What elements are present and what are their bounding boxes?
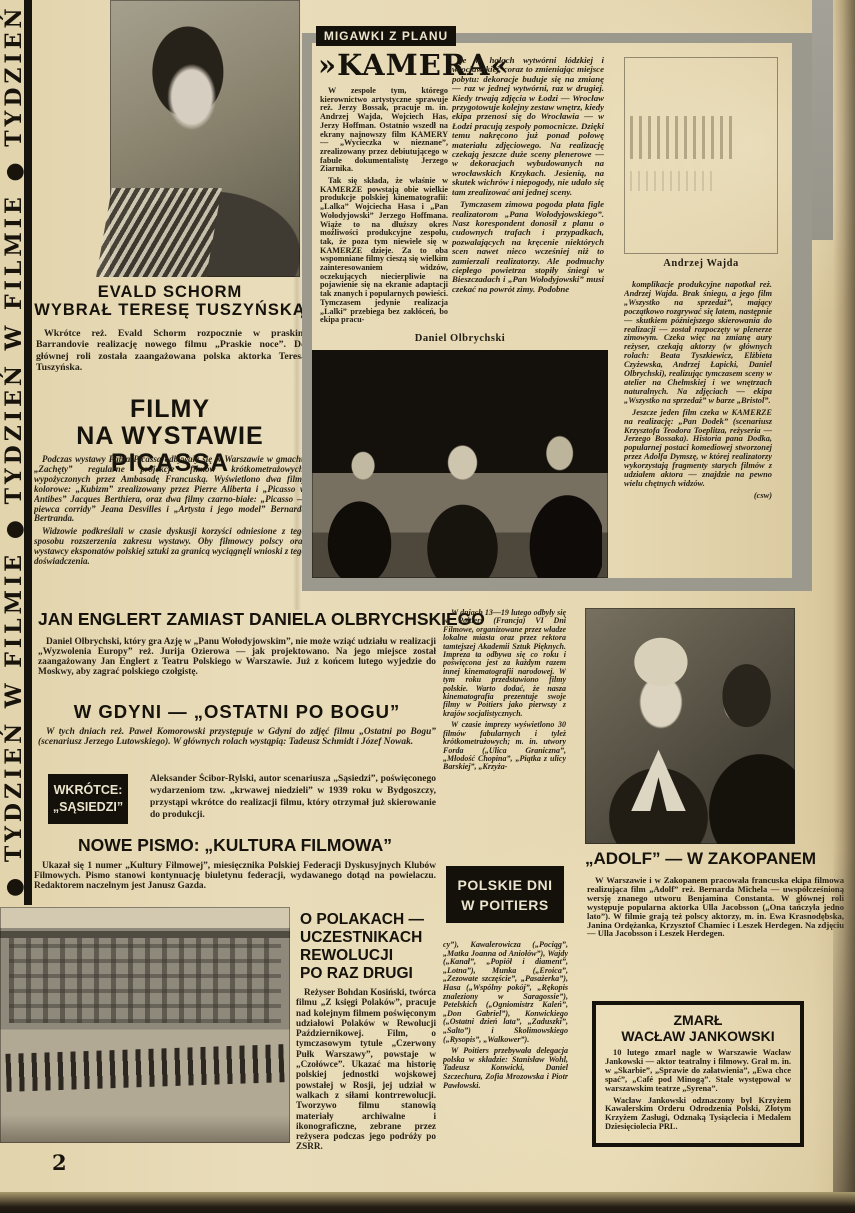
picasso-paragraph-2: Widzowie podkreślali w czasie dyskusji k…	[34, 527, 306, 567]
evald-title-line2: WYBRAŁ TERESĘ TUSZYŃSKĄ	[34, 302, 306, 320]
kamera-col2-paragraph-1: je w halach wytwórni łódzkiej i wrocławs…	[452, 56, 604, 197]
picasso-title-line1: FILMY	[34, 396, 306, 423]
kamera-signature: (csw)	[624, 492, 772, 501]
photo-shape-figure-center	[424, 430, 501, 578]
photo-shape-road-shadow	[0, 1115, 290, 1143]
poitiers-column-2: cy”), Kawalerowicza („Pociąg”, „Matka Jo…	[443, 941, 568, 1155]
kamera-column-1: W zespole tym, którego kierownictwo arty…	[320, 87, 448, 329]
caption-andrzej-wajda-text: Andrzej Wajda	[663, 258, 738, 269]
evald-body: Wkrótce reż. Evald Schorm rozpocznie w p…	[36, 328, 306, 386]
nowe-pismo-title: NOWE PISMO: „KULTURA FILMOWA”	[34, 836, 436, 855]
top-right-gray-stripe	[812, 0, 833, 240]
nowe-pismo-paragraph: Ukazał się 1 numer „Kultury Filmowej”, m…	[34, 861, 436, 891]
magazine-page: ● TYDZIEŃ W FILMIE ● TYDZIEŃ W FILMIE ● …	[0, 0, 855, 1213]
nowe-pismo-body: Ukazał się 1 numer „Kultury Filmowej”, m…	[34, 861, 436, 903]
poitiers-paragraph-4: W Poitiers przebywała delegacja polska w…	[443, 1047, 568, 1090]
kamera-col1-paragraph-2: Tak się składa, że właśnie w KAMERZE pow…	[320, 177, 448, 325]
photo-andrzej-wajda-bar	[624, 57, 778, 254]
polskie-dni-line1: POLSKIE DNI	[446, 875, 564, 895]
adolf-paragraph: W Warszawie i w Zakopanem pracowała fran…	[587, 876, 844, 938]
kamera-kicker-text: MIGAWKI Z PLANU	[324, 29, 448, 43]
polacy-title-line1: O POLAKACH —	[300, 911, 436, 929]
picasso-paragraph-1: Podczas wystawy Pabla Picassa odbywały s…	[34, 455, 306, 524]
page-number-text: 2	[52, 1150, 67, 1175]
polacy-title-line3: REWOLUCJI	[300, 947, 436, 965]
kamera-column-3: komplikacje produkcyjne napotkał reż. An…	[624, 281, 772, 567]
photo-ulla-jacobsson-herdegen	[585, 608, 795, 844]
gdynia-body: W tych dniach reż. Paweł Komorowski przy…	[38, 727, 436, 761]
caption-andrzej-wajda: Andrzej Wajda	[624, 258, 778, 269]
evald-paragraph: Wkrótce reż. Evald Schorm rozpocznie w p…	[36, 328, 306, 374]
photo-shape-figure-left	[324, 441, 395, 578]
polacy-title: O POLAKACH — UCZESTNIKACH REWOLUCJI PO R…	[300, 911, 436, 983]
englert-paragraph: Daniel Olbrychski, który gra Azję w „Pan…	[38, 637, 436, 677]
photo-shape-building-windows	[9, 938, 282, 1023]
polacy-title-line2: UCZESTNIKACH	[300, 929, 436, 947]
gdynia-title: W GDYNI — „OSTATNI PO BOGU”	[38, 702, 436, 722]
evald-title: EVALD SCHORM WYBRAŁ TERESĘ TUSZYŃSKĄ	[34, 284, 306, 320]
jankowski-title-line2: WACŁAW JANKOWSKI	[605, 1028, 791, 1044]
polacy-paragraph: Reżyser Bohdan Kosiński, twórca filmu „Z…	[296, 987, 436, 1152]
kamera-col3-paragraph-1: komplikacje produkcyjne napotkał reż. An…	[624, 281, 772, 406]
photo-shape-striped-blouse	[96, 188, 222, 277]
jankowski-paragraph-1: 10 lutego zmarł nagle w Warszawie Wacław…	[605, 1049, 791, 1094]
polacy-title-line4: PO RAZ DRUGI	[300, 965, 436, 983]
adolf-title-text: „ADOLF” — W ZAKOPANEM	[585, 849, 816, 868]
photo-shape-bottles	[630, 116, 738, 159]
photo-shape-man-profile	[707, 632, 795, 844]
picasso-body: Podczas wystawy Pabla Picassa odbywały s…	[34, 455, 306, 603]
englert-body: Daniel Olbrychski, który gra Azję w „Pan…	[38, 637, 436, 689]
adolf-title: „ADOLF” — W ZAKOPANEM	[585, 850, 803, 868]
poitiers-paragraph-2: W czasie imprezy wyświetlono 30 filmów f…	[443, 721, 566, 771]
kamera-column-2: je w halach wytwórni łódzkiej i wrocławs…	[452, 56, 604, 329]
polskie-dni-box: POLSKIE DNI W POITIERS	[446, 866, 564, 923]
polacy-body: Reżyser Bohdan Kosiński, twórca filmu „Z…	[296, 987, 436, 1157]
jankowski-paragraph-2: Wacław Jankowski odznaczony był Krzyżem …	[605, 1097, 791, 1133]
poitiers-paragraph-1: W dniach 13—19 lutego odbyły się w Poiti…	[443, 609, 566, 718]
jankowski-title: ZMARŁ WACŁAW JANKOWSKI	[605, 1012, 791, 1044]
gdynia-paragraph: W tych dniach reż. Paweł Komorowski przy…	[38, 727, 436, 747]
adolf-body: W Warszawie i w Zakopanem pracowała fran…	[587, 876, 844, 982]
evald-title-line1: EVALD SCHORM	[34, 284, 306, 302]
kamera-col3-paragraph-2: Jeszcze jeden film czeka w KAMERZE na re…	[624, 409, 772, 489]
photo-shape-roofline	[0, 931, 290, 938]
nowe-pismo-title-text: NOWE PISMO: „KULTURA FILMOWA”	[78, 835, 392, 855]
poitiers-column-1: W dniach 13—19 lutego odbyły się w Poiti…	[443, 609, 566, 839]
photo-czerwony-pulk-building	[0, 907, 290, 1143]
kamera-col2-paragraph-2: Tymczasem zimowa pogoda płata figle real…	[452, 200, 604, 294]
photo-shape-figure-right	[525, 418, 602, 578]
kamera-col1-paragraph-1: W zespole tym, którego kierownictwo arty…	[320, 87, 448, 174]
page-number: 2	[52, 1150, 67, 1175]
sidebar-vertical-title-text: ● TYDZIEŃ W FILMIE ● TYDZIEŃ W FILMIE ● …	[1, 4, 27, 897]
photo-shape-woman	[598, 622, 720, 844]
photo-shape-counter-glasses	[630, 171, 715, 191]
photo-teresa-tuszynska	[110, 0, 300, 277]
wkrotce-box: WKRÓTCE: „SĄSIEDZI”	[48, 774, 128, 824]
englert-title-text: JAN ENGLERT ZAMIAST DANIELA OLBRYCHSKIEG…	[38, 609, 485, 629]
page-fold-right	[833, 0, 855, 1213]
polskie-dni-line2: W POITIERS	[446, 895, 564, 915]
caption-daniel-olbrychski: Daniel Olbrychski	[312, 333, 608, 344]
page-bottom-edge	[0, 1192, 855, 1213]
poitiers-paragraph-3: cy”), Kawalerowicza („Pociąg”, „Matka Jo…	[443, 941, 568, 1044]
jankowski-title-line1: ZMARŁ	[605, 1012, 791, 1028]
photo-film-scene-olbrychski	[312, 350, 608, 578]
kamera-kicker-bar: MIGAWKI Z PLANU	[316, 26, 456, 46]
sidebar-rule	[24, 0, 32, 905]
caption-daniel-olbrychski-text: Daniel Olbrychski	[415, 333, 505, 344]
englert-title: JAN ENGLERT ZAMIAST DANIELA OLBRYCHSKIEG…	[38, 610, 436, 629]
gdynia-title-text: W GDYNI — „OSTATNI PO BOGU”	[74, 701, 400, 722]
sidebar-vertical-title: ● TYDZIEŃ W FILMIE ● TYDZIEŃ W FILMIE ● …	[0, 0, 27, 903]
sasiedzi-paragraph: Aleksander Ścibor-Rylski, autor scenariu…	[150, 773, 436, 823]
jankowski-obituary-box: ZMARŁ WACŁAW JANKOWSKI 10 lutego zmarł n…	[592, 1001, 804, 1147]
jankowski-body: 10 lutego zmarł nagle w Warszawie Wacław…	[605, 1049, 791, 1145]
wkrotce-line1: WKRÓTCE:	[48, 782, 128, 799]
sasiedzi-text: Aleksander Ścibor-Rylski, autor scenariu…	[150, 773, 436, 821]
photo-shape-marching-column	[5, 1044, 285, 1091]
wkrotce-line2: „SĄSIEDZI”	[48, 799, 128, 816]
